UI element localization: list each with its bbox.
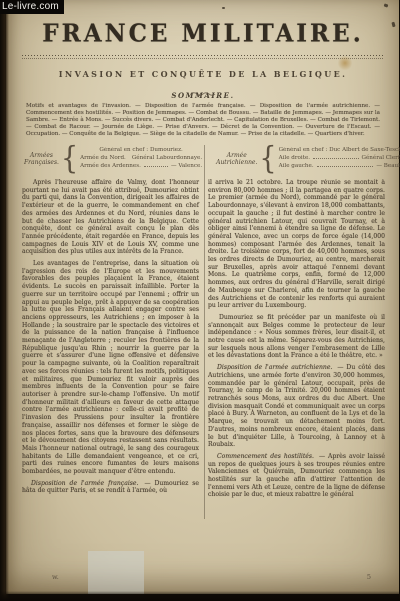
french-army-block: Armées Françaises. { Général en chef : D…	[22, 143, 208, 174]
chapter-subtitle: INVASION ET CONQUÊTE DE LA BELGIQUE.	[22, 69, 384, 79]
paragraph: il arriva le 21 octobre. La troupe réuni…	[208, 179, 385, 310]
brace-glyph: {	[61, 143, 78, 174]
austrian-row-1: Aile droite. Général Clerfayt.	[279, 154, 400, 162]
page-footer: w. 5	[22, 573, 383, 581]
scanned-page: FRANCE MILITAIRE. INVASION ET CONQUÊTE D…	[0, 0, 400, 601]
austrian-chief: Général en chef : Duc Albert de Saxe-Tes…	[279, 147, 400, 154]
paper-speck	[222, 7, 225, 9]
scan-edge-left	[0, 0, 9, 601]
paragraph: Après l'heureuse affaire de Valmy, dont …	[22, 179, 199, 256]
column-divider	[204, 145, 205, 519]
page-body: Armées Françaises. { Général en chef : D…	[22, 143, 385, 531]
paper-stain	[338, 55, 352, 71]
page-title: FRANCE MILITAIRE.	[22, 20, 384, 48]
french-row-2: Armée des Ardennes. — Valence.	[80, 162, 202, 170]
signature-mark: w.	[52, 573, 59, 581]
paragraph-with-heading: Disposition de l'armée autrichienne. — D…	[208, 364, 385, 449]
scan-light-patch	[88, 551, 144, 594]
watermark-label: Le-livre.com	[0, 0, 64, 14]
french-row-1: Armée du Nord. Général Labourdonnaye.	[80, 154, 202, 162]
austrian-army-block: Armée Autrichienne. { Général en chef : …	[208, 143, 400, 174]
paragraph: Dumouriez se fit précéder par un manifes…	[208, 314, 385, 360]
french-army-label: Armées Françaises.	[24, 152, 59, 166]
brace-glyph: {	[259, 143, 276, 174]
right-column: il arriva le 21 octobre. La troupe réuni…	[208, 179, 385, 531]
section-heading: Disposition de l'armée autrichienne.	[217, 364, 332, 371]
squiggle-ornament-icon	[190, 82, 216, 88]
paragraph-with-heading: Disposition de l'armée française. — Dumo…	[22, 480, 199, 495]
austrian-row-2: Aile gauche. — Beaulieu.	[279, 162, 400, 170]
paper-sheet: FRANCE MILITAIRE. INVASION ET CONQUÊTE D…	[6, 0, 399, 594]
dot-leader	[144, 162, 168, 167]
french-chief: Général en chef : Dumouriez.	[80, 147, 202, 154]
austrian-army-label: Armée Autrichienne.	[216, 152, 257, 166]
ornamental-rule	[22, 55, 384, 59]
scan-edge-bottom	[0, 591, 400, 601]
paragraph-with-heading: Commencement des hostilités. — Après avo…	[208, 453, 385, 499]
dot-leader	[317, 162, 374, 167]
left-column: Après l'heureuse affaire de Valmy, dont …	[22, 179, 199, 531]
sommaire-text: Motifs et avantages de l'invasion. — Dis…	[26, 103, 380, 138]
page-number: 5	[367, 573, 371, 581]
dot-leader	[313, 154, 358, 159]
section-heading: Commencement des hostilités.	[217, 453, 314, 460]
section-heading: Disposition de l'armée française.	[31, 480, 138, 487]
paragraph: Les avantages de l'entreprise, dans la s…	[22, 260, 199, 476]
